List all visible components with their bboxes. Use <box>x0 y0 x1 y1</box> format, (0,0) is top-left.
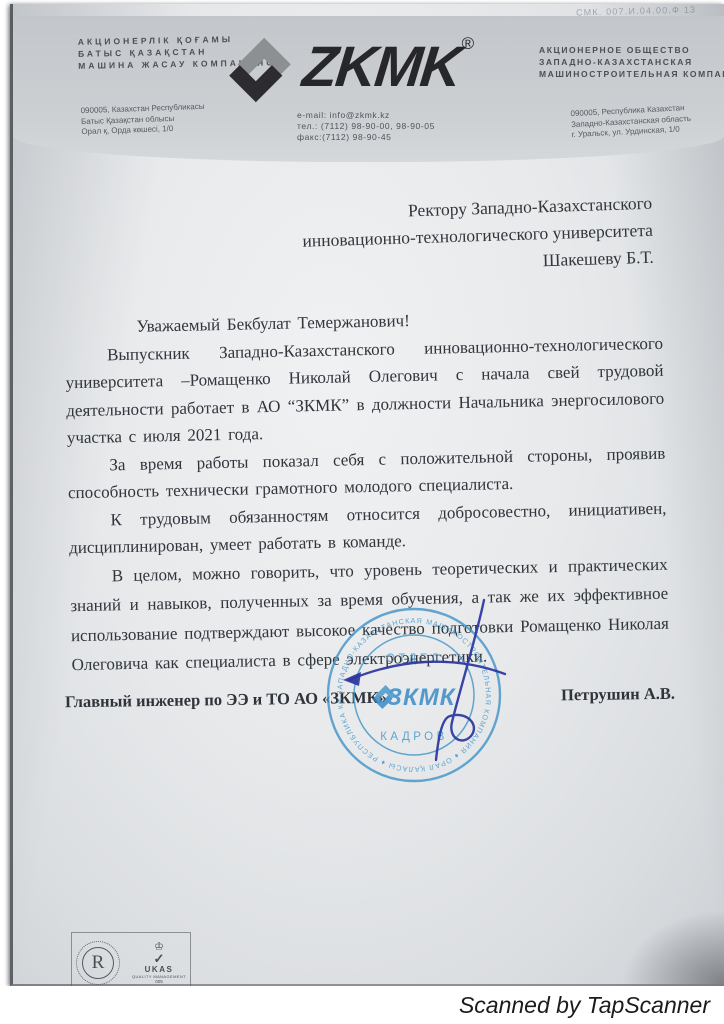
scanner-watermark-text: Scanned by TapScanner <box>459 992 710 1019</box>
paragraph: Выпускник Западно-Казахстанского инновац… <box>65 329 665 451</box>
ukas-label: UKAS <box>145 966 174 974</box>
zkmk-logo-icon <box>225 32 295 108</box>
r-mark-letter: R <box>82 947 114 979</box>
scanner-watermark: Scanned by TapScanner <box>0 986 724 1024</box>
contact-email: e-mail: info@zkmk.kz <box>297 110 435 121</box>
company-name-ru-line: ЗАПАДНО-КАЗАХСТАНСКАЯ <box>539 56 724 68</box>
registered-certification-icon: R <box>76 941 120 985</box>
ukas-number: 005 <box>155 980 163 985</box>
contact-info: e-mail: info@zkmk.kz тел.: (7112) 98-90-… <box>297 110 435 143</box>
ukas-mark: ♔ ✓ UKAS QUALITY MANAGEMENT 005 <box>132 942 186 985</box>
signer-name: Петрушин А.В. <box>561 684 675 706</box>
address-russian: 090005, Республика Казахстан Западно-Каз… <box>570 103 692 141</box>
address-kazakh: 090005, Казахстан Республикасы Батыс Қаз… <box>80 102 205 138</box>
contact-fax: факс:(7112) 98-90-45 <box>297 132 435 143</box>
recipient-block: Ректору Западно-Казахстанского инновацио… <box>252 190 654 284</box>
contact-phone: тел.: (7112) 98-90-00, 98-90-05 <box>297 121 435 132</box>
company-name-ru-line: АКЦИОНЕРНОЕ ОБЩЕСТВО <box>539 44 724 56</box>
company-name-russian: АКЦИОНЕРНОЕ ОБЩЕСТВО ЗАПАДНО-КАЗАХСТАНСК… <box>539 44 724 80</box>
company-name-ru-line: МАШИНОСТРОИТЕЛЬНАЯ КОМПАНИЯ <box>539 68 724 80</box>
scanned-letter-page: СМК. 007.И.04.00.Ф 13 АКЦИОНЕРЛІК ҚОҒАМЫ… <box>0 0 724 1024</box>
handwritten-signature <box>331 592 521 787</box>
paper-sheet: СМК. 007.И.04.00.Ф 13 АКЦИОНЕРЛІК ҚОҒАМЫ… <box>10 4 724 986</box>
company-logo: ZKMK ® <box>225 32 474 108</box>
certification-marks: R ♔ ✓ UKAS QUALITY MANAGEMENT 005 <box>71 932 191 994</box>
logo-wordmark: ZKMK <box>299 32 463 102</box>
registered-trademark-icon: ® <box>462 34 475 54</box>
checkmark-icon: ✓ <box>154 952 165 965</box>
